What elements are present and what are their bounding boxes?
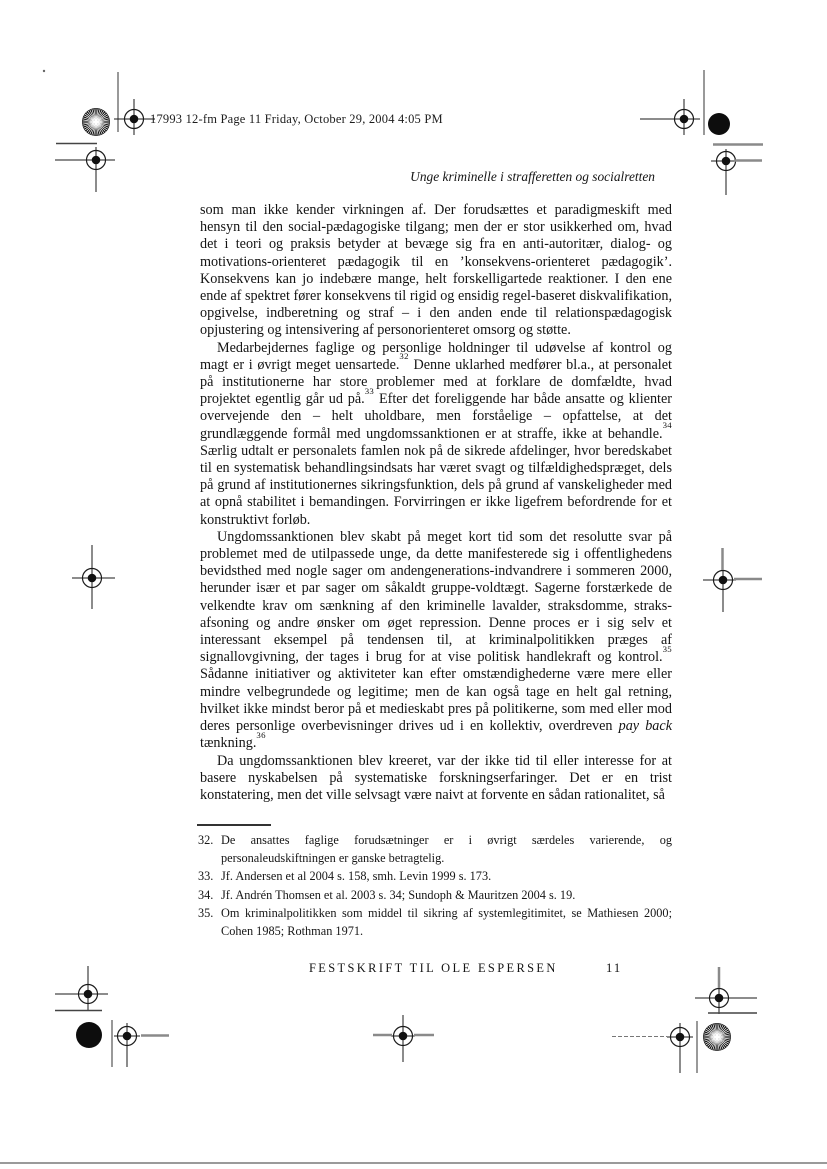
footnote-reference: 34 (663, 420, 672, 430)
crosshair-circle-target-icon (114, 99, 155, 135)
body-paragraph: Ungdomssanktionen blev skabt på meget ko… (200, 529, 672, 753)
solid-black-circle-icon (43, 70, 45, 72)
crosshair-circle-target-icon (391, 1015, 415, 1062)
body-paragraph: Medarbejdernes faglige og personlige hol… (200, 340, 672, 529)
crosshair-circle-target-icon (114, 1023, 140, 1067)
footnote-number: 33. (198, 867, 213, 885)
page-number: 11 (606, 961, 622, 976)
crosshair-circle-target-icon (72, 545, 115, 609)
crosshair-circle-target-icon (667, 1023, 693, 1073)
footnote-text: De ansattes faglige forudsætninger er i … (221, 833, 672, 865)
footer-title: FESTSKRIFT TIL OLE ESPERSEN (309, 961, 558, 976)
italic-phrase: pay back (619, 718, 672, 734)
crosshair-circle-target-icon (55, 966, 108, 1011)
footnote-reference: 36 (256, 730, 265, 740)
footnote-number: 35. (198, 904, 213, 922)
footnote-separator (197, 824, 271, 826)
body-paragraph: Da ungdomssanktionen blev kreeret, var d… (200, 753, 672, 805)
footnote-reference: 32 (399, 351, 408, 361)
footnote-reference: 33 (365, 386, 374, 396)
crosshair-circle-target-icon (711, 149, 739, 195)
footnote-text: Jf. Andrén Thomsen et al. 2003 s. 34; Su… (221, 888, 575, 902)
footnote-reference: 35 (663, 644, 672, 654)
footnote-number: 34. (198, 886, 213, 904)
crosshair-circle-target-icon (55, 147, 115, 192)
footnote: 33.Jf. Andersen et al 2004 s. 158, smh. … (198, 867, 672, 885)
footnote-text: Jf. Andersen et al 2004 s. 158, smh. Lev… (221, 869, 491, 883)
footnote: 32.De ansattes faglige forudsætninger er… (198, 831, 672, 867)
print-job-stamp: 17993 12-fm Page 11 Friday, October 29, … (150, 112, 443, 127)
crosshair-circle-target-icon (703, 568, 736, 612)
footnote: 34.Jf. Andrén Thomsen et al. 2003 s. 34;… (198, 886, 672, 904)
crosshair-circle-target-icon (695, 988, 757, 1014)
running-head: Unge kriminelle i strafferetten og socia… (200, 169, 655, 185)
footnotes-block: 32.De ansattes faglige forudsætninger er… (198, 831, 672, 940)
body-paragraph: som man ikke kender virkningen af. Der f… (200, 202, 672, 340)
crosshair-circle-target-icon (640, 99, 700, 135)
solid-black-circle-icon (76, 1022, 102, 1048)
starburst-circle-icon (82, 108, 110, 136)
body-text: som man ikke kender virkningen af. Der f… (200, 202, 672, 804)
footnote-text: Om kriminalpolitikken som middel til sik… (221, 906, 672, 938)
footnote-number: 32. (198, 831, 213, 849)
starburst-circle-icon (703, 1023, 731, 1051)
footnote: 35.Om kriminalpolitikken som middel til … (198, 904, 672, 940)
solid-black-circle-icon (708, 113, 730, 135)
scanned-page: 17993 12-fm Page 11 Friday, October 29, … (0, 0, 827, 1169)
